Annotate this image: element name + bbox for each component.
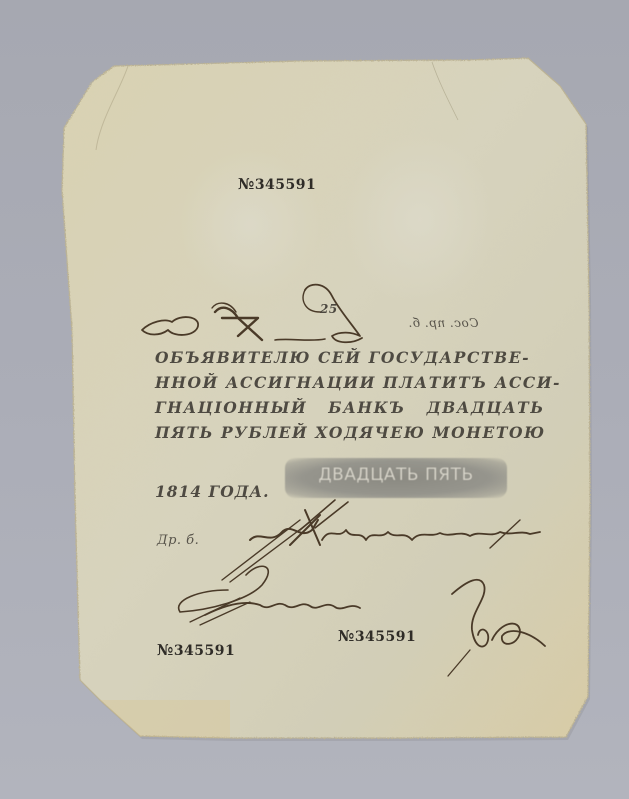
serial-value: 345591 xyxy=(174,643,235,659)
mirrored-note: Сос. пр. б. xyxy=(408,316,478,330)
body-text-line-2: ННОЙ АССИГНАЦИИ ПЛАТИТЪ АССИ- xyxy=(155,373,561,392)
serial-prefix: № xyxy=(238,175,255,193)
serial-number-top: №345591 xyxy=(238,175,316,193)
body-text-line-3: ГНАЦІОННЫЙ БАНКЪ ДВАДЦАТЬ xyxy=(155,398,545,417)
year-line: 1814 ГОДА. xyxy=(155,482,270,501)
denomination-stamp-text: ДВАДЦАТЬ ПЯТЬ xyxy=(285,465,507,485)
clerk-mark: Др. б. xyxy=(157,533,199,548)
banknote-photo: №345591 25 Сос. пр. б. ОБЪЯВИТЕЛЮ СЕЙ ГО… xyxy=(0,0,629,799)
denomination-stamp: ДВАДЦАТЬ ПЯТЬ xyxy=(285,458,507,498)
scribble-number: 25 xyxy=(320,302,338,316)
serial-prefix: № xyxy=(157,641,174,659)
serial-number-bottom-left: №345591 xyxy=(157,641,235,659)
serial-prefix: № xyxy=(338,627,355,645)
serial-number-bottom-right: №345591 xyxy=(338,627,416,645)
serial-value: 345591 xyxy=(255,177,316,193)
serial-value: 345591 xyxy=(355,629,416,645)
body-text-line-1: ОБЪЯВИТЕЛЮ СЕЙ ГОСУДАРСТВЕ- xyxy=(155,348,530,367)
mirrored-note-text: Сос. пр. б. xyxy=(408,316,478,330)
body-text-line-4: ПЯТЬ РУБЛЕЙ ХОДЯЧЕЮ МОНЕТОЮ xyxy=(155,423,546,442)
